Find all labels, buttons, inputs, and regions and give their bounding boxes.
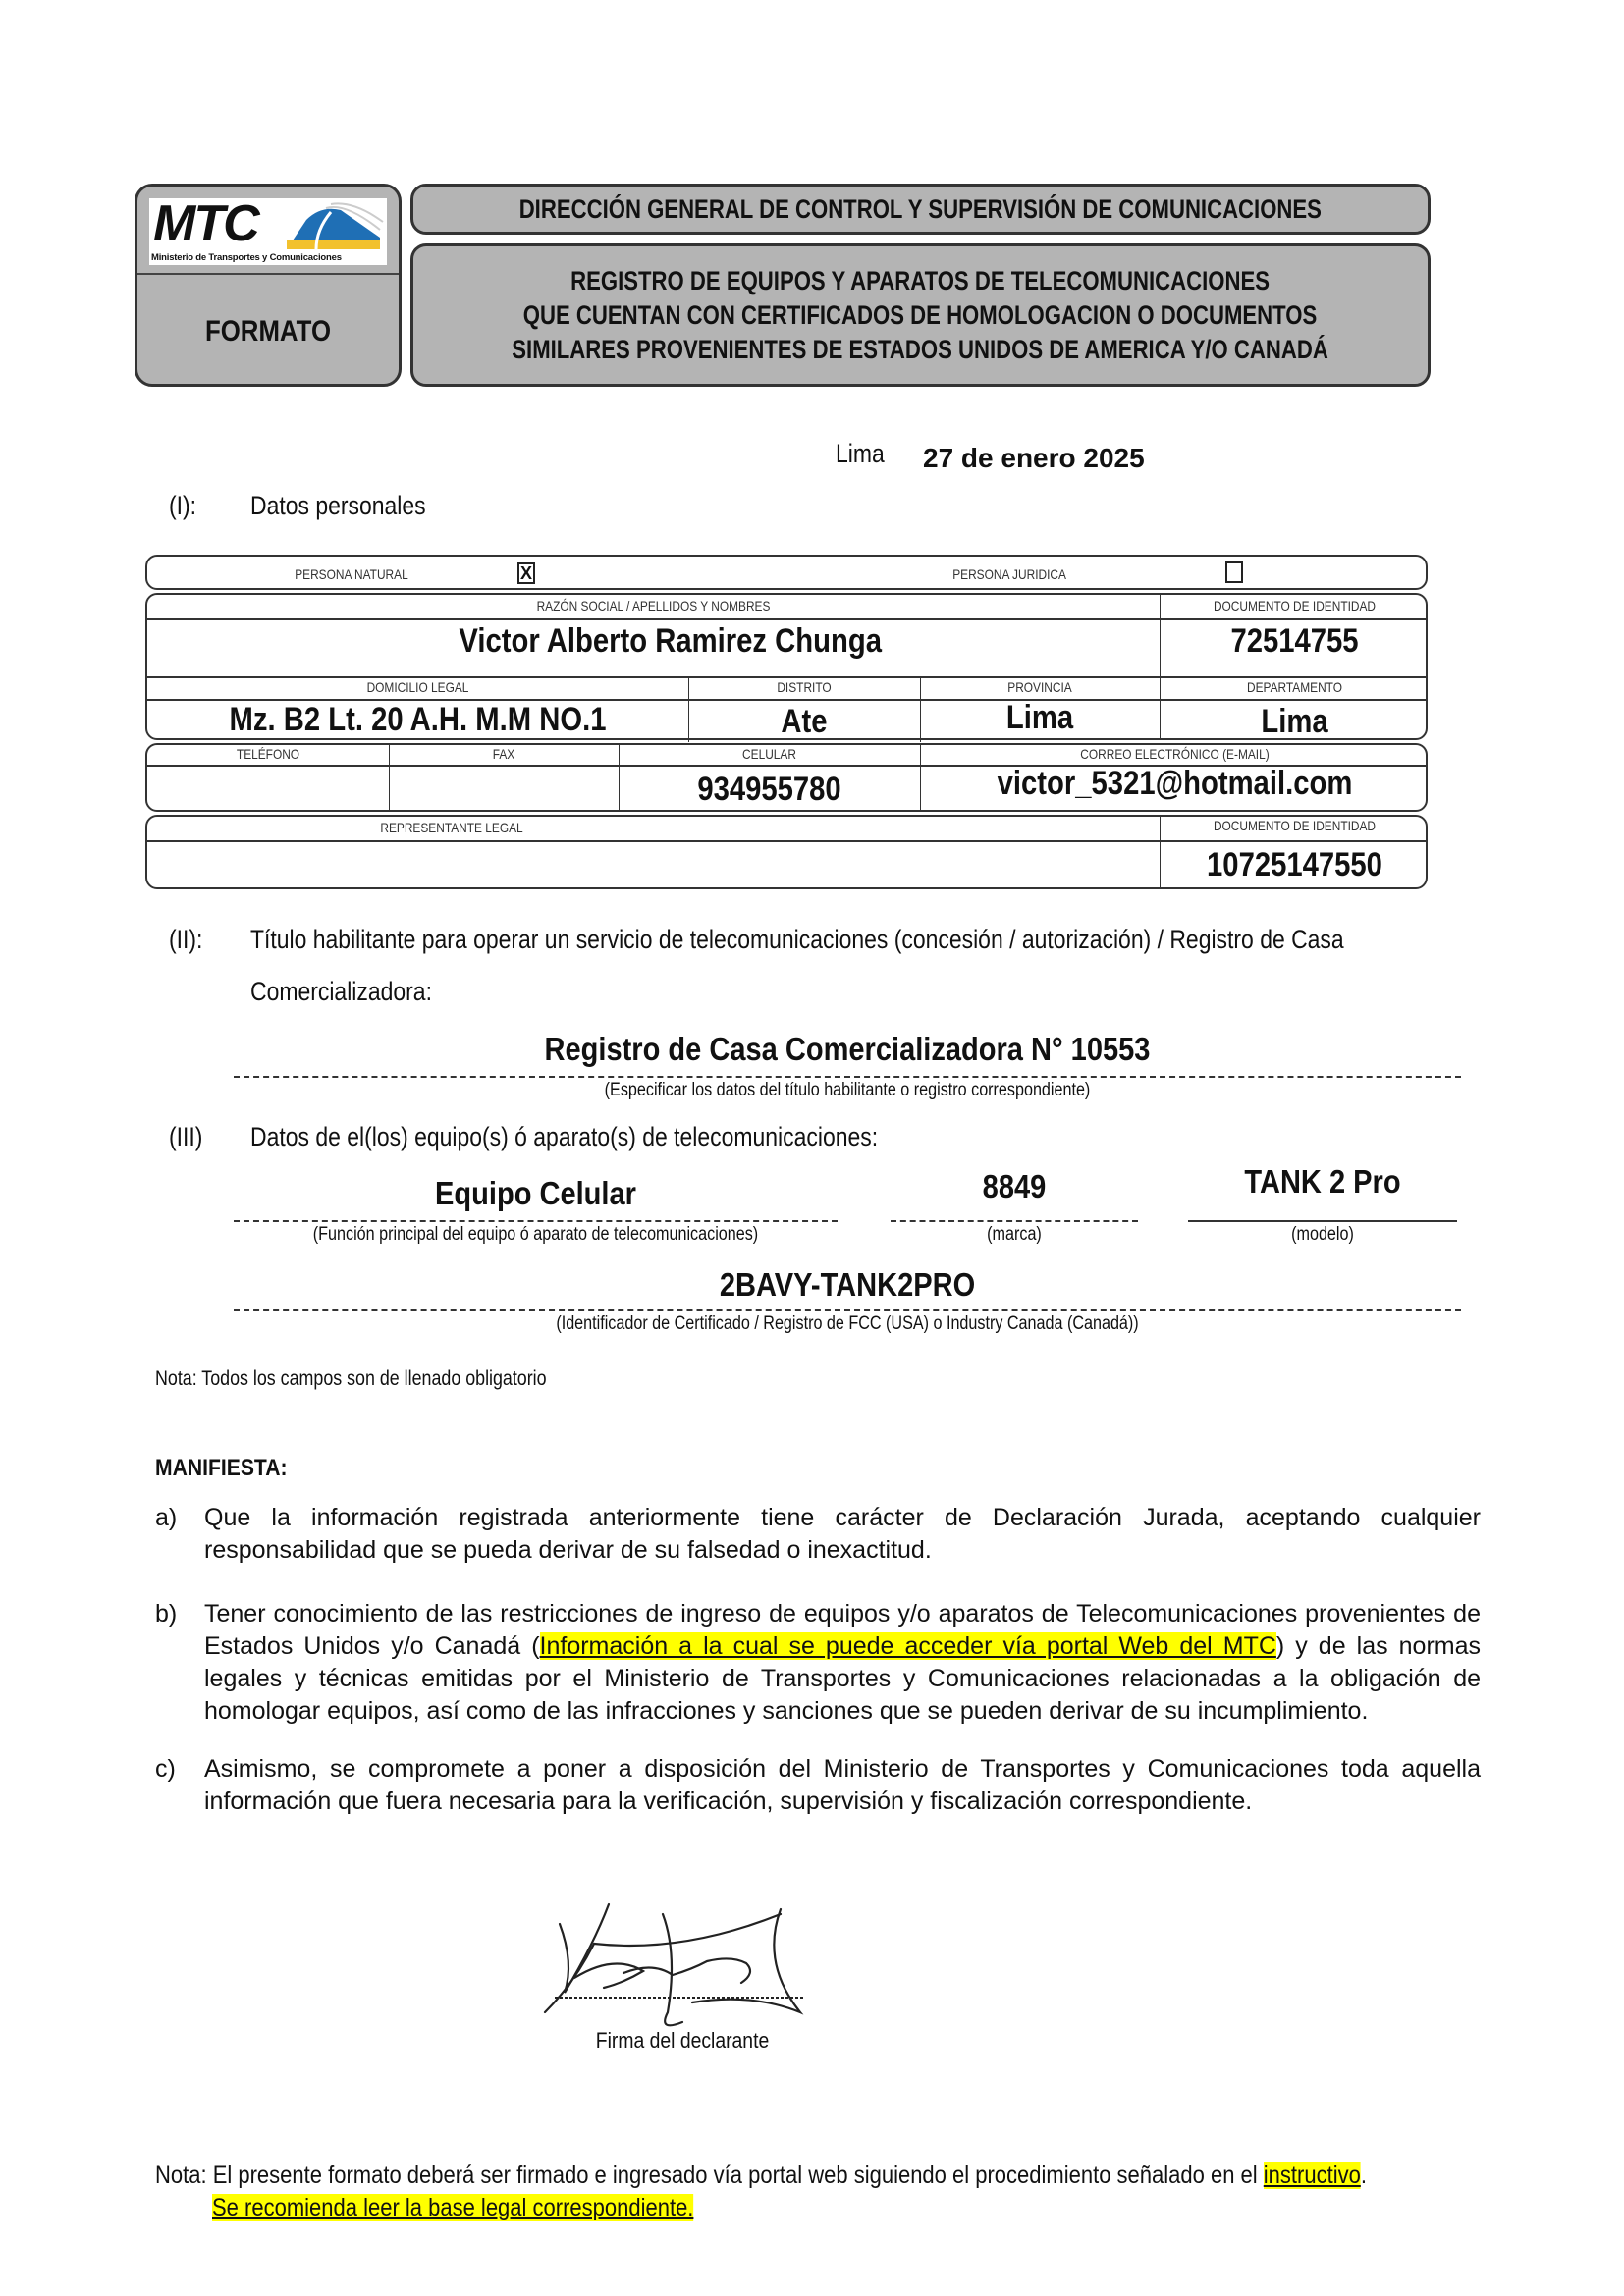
equipment-function-value[interactable]: Equipo Celular <box>270 1175 801 1212</box>
footer-note: Nota: El presente formato deberá ser fir… <box>155 2160 1367 2191</box>
date-value: 27 de enero 2025 <box>923 443 1145 474</box>
logo-text: MTC <box>153 194 258 253</box>
section1-title: Datos personales <box>250 491 426 521</box>
logo-swoosh-icon <box>287 200 385 249</box>
section2-title-line2: Comercializadora: <box>250 977 432 1007</box>
mtc-logo: MTC Ministerio de Transportes y Comunica… <box>149 198 387 265</box>
name-value[interactable]: Victor Alberto Ramirez Chunga <box>218 622 1089 661</box>
address-value[interactable]: Mz. B2 Lt. 20 A.H. M.M NO.1 <box>186 701 651 739</box>
required-note: Nota: Todos los campos son de llenado ob… <box>155 1367 547 1391</box>
id-value[interactable]: 72514755 <box>1178 622 1411 661</box>
district-label: DISTRITO <box>706 679 903 695</box>
brand-underline <box>891 1220 1138 1222</box>
legal-rep-block: REPRESENTANTE LEGAL DOCUMENTO DE IDENTID… <box>145 815 1428 889</box>
department-value[interactable]: Lima <box>1178 703 1411 741</box>
section3-number: (III) <box>169 1122 202 1152</box>
legal-rep-id-value[interactable]: 10725147550 <box>1178 846 1411 884</box>
section1-number: (I): <box>169 491 196 521</box>
district-value[interactable]: Ate <box>705 703 904 741</box>
certificate-underline <box>234 1309 1461 1311</box>
legal-rep-label: REPRESENTANTE LEGAL <box>193 820 711 835</box>
persona-natural-label: PERSONA NATURAL <box>295 566 408 582</box>
signature-block: Firma del declarante <box>535 1885 830 2066</box>
title-line-2: QUE CUENTAN CON CERTIFICADOS DE HOMOLOGA… <box>523 298 1318 333</box>
item-a-letter: a) <box>155 1502 177 1534</box>
function-caption: (Función principal del equipo ó aparato … <box>279 1224 792 1246</box>
email-label: CORREO ELECTRÓNICO (E-MAIL) <box>958 746 1391 762</box>
fax-label: FAX <box>406 746 602 762</box>
persona-type-row: PERSONA NATURAL X PERSONA JURIDICA <box>145 555 1428 590</box>
item-c-letter: c) <box>155 1753 176 1786</box>
license-value[interactable]: Registro de Casa Comercializadora N° 105… <box>307 1031 1387 1068</box>
title-banner: REGISTRO DE EQUIPOS Y APARATOS DE TELECO… <box>410 243 1431 387</box>
section2-title-line1: Título habilitante para operar un servic… <box>250 925 1344 955</box>
mobile-value[interactable]: 934955780 <box>639 771 898 809</box>
brand-caption: (marca) <box>909 1224 1119 1246</box>
persona-juridica-label: PERSONA JURIDICA <box>952 566 1066 582</box>
function-underline <box>234 1220 838 1222</box>
model-value[interactable]: TANK 2 Pro <box>1204 1163 1440 1201</box>
section2-number: (II): <box>169 925 202 955</box>
id-label: DOCUMENTO DE IDENTIDAD <box>1180 598 1410 614</box>
name-label: RAZÓN SOCIAL / APELLIDOS Y NOMBRES <box>223 598 1083 614</box>
email-value[interactable]: victor_5321@hotmail.com <box>955 765 1393 803</box>
item-c-body: Asimismo, se compromete a poner a dispos… <box>204 1755 1481 1815</box>
certificate-id-value[interactable]: 2BAVY-TANK2PRO <box>307 1266 1387 1304</box>
name-address-block: RAZÓN SOCIAL / APELLIDOS Y NOMBRES DOCUM… <box>145 593 1428 740</box>
agency-name: DIRECCIÓN GENERAL DE CONTROL Y SUPERVISI… <box>519 194 1322 225</box>
persona-natural-checkbox[interactable]: X <box>517 562 535 584</box>
phone-label: TELÉFONO <box>165 746 370 762</box>
city-label: Lima <box>836 439 885 469</box>
legal-rep-id-label: DOCUMENTO DE IDENTIDAD <box>1180 818 1410 833</box>
manifiesta-heading: MANIFIESTA: <box>155 1455 288 1482</box>
footer-note-line2: Se recomienda leer la base legal corresp… <box>212 2192 693 2223</box>
item-a-text: Que la información registrada anteriorme… <box>204 1502 1481 1567</box>
agency-banner: DIRECCIÓN GENERAL DE CONTROL Y SUPERVISI… <box>410 184 1431 235</box>
header-logo-box: MTC Ministerio de Transportes y Comunica… <box>135 184 402 387</box>
model-caption: (modelo) <box>1209 1224 1437 1246</box>
instructivo-link[interactable]: instructivo <box>1264 2162 1361 2189</box>
province-label: PROVINCIA <box>938 679 1141 695</box>
format-label: FORMATO <box>156 277 381 387</box>
item-a-body: Que la información registrada anteriorme… <box>204 1504 1481 1564</box>
license-caption: (Especificar los datos del título habili… <box>326 1080 1370 1101</box>
title-line-3: SIMILARES PROVENIENTES DE ESTADOS UNIDOS… <box>513 333 1329 367</box>
certificate-caption: (Identificador de Certificado / Registro… <box>326 1313 1370 1335</box>
contact-block: TELÉFONO FAX CELULAR CORREO ELECTRÓNICO … <box>145 743 1428 812</box>
signature-caption: Firma del declarante <box>553 2028 812 2054</box>
mobile-label: CELULAR <box>641 746 897 762</box>
footer-note-period: . <box>1361 2162 1367 2189</box>
signature-icon <box>535 1885 830 2032</box>
legal-base-link[interactable]: Se recomienda leer la base legal corresp… <box>212 2194 693 2221</box>
model-underline <box>1188 1220 1457 1222</box>
license-underline <box>234 1076 1461 1078</box>
item-c-text: Asimismo, se compromete a poner a dispos… <box>204 1753 1481 1818</box>
section3-title: Datos de el(los) equipo(s) ó aparato(s) … <box>250 1122 878 1152</box>
province-value[interactable]: Lima <box>937 699 1143 737</box>
item-b-text: Tener conocimiento de las restricciones … <box>204 1598 1481 1728</box>
address-label: DOMICILIO LEGAL <box>188 679 647 695</box>
title-line-1: REGISTRO DE EQUIPOS Y APARATOS DE TELECO… <box>571 264 1271 298</box>
logo-area: MTC Ministerio de Transportes y Comunica… <box>137 187 399 275</box>
department-label: DEPARTAMENTO <box>1180 679 1410 695</box>
logo-subtitle: Ministerio de Transportes y Comunicacion… <box>151 252 342 263</box>
mtc-portal-link[interactable]: Información a la cual se puede acceder v… <box>540 1632 1276 1660</box>
item-b-letter: b) <box>155 1598 177 1630</box>
brand-value[interactable]: 8849 <box>905 1168 1123 1205</box>
footer-note-text: Nota: El presente formato deberá ser fir… <box>155 2162 1264 2189</box>
persona-juridica-checkbox[interactable] <box>1225 561 1243 583</box>
